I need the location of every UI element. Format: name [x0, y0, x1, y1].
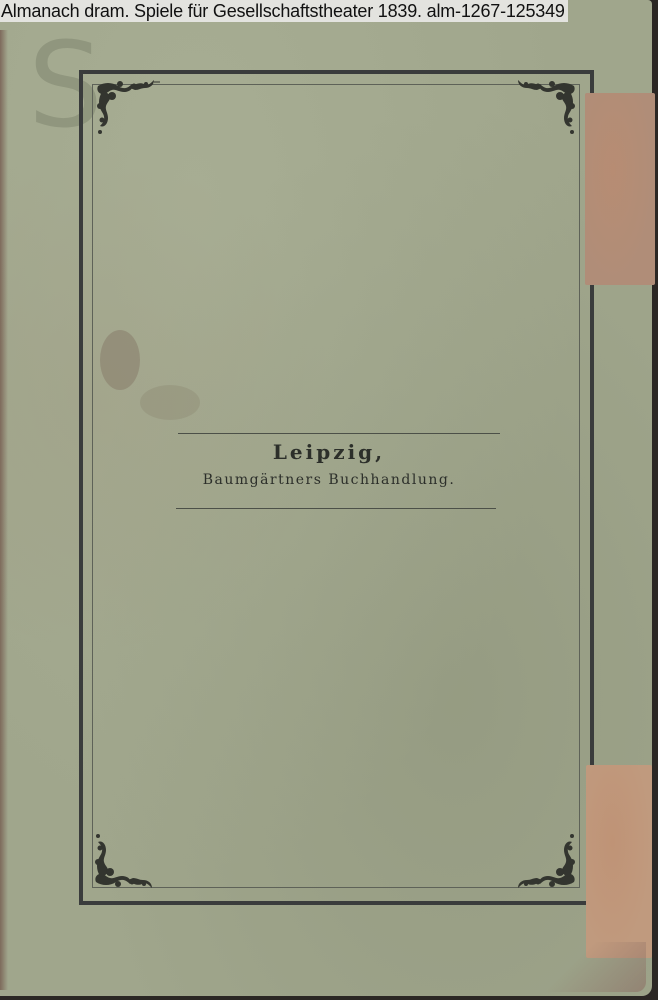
book-cover: S [0, 0, 652, 996]
tape-patch-bottom [586, 765, 652, 958]
corner-ornament-icon [512, 78, 578, 140]
worn-corner [526, 942, 646, 992]
corner-ornament-icon [92, 828, 158, 890]
corner-ornament-icon [512, 828, 578, 890]
image-caption: Almanach dram. Spiele für Gesellschaftst… [0, 0, 568, 22]
imprint-city: Leipzig, [0, 440, 658, 464]
tape-patch-top [585, 93, 655, 285]
divider-rule-bottom [176, 508, 496, 509]
divider-rule-top [178, 433, 500, 434]
corner-ornament-icon [94, 78, 160, 140]
imprint-publisher: Baumgärtners Buchhandlung. [0, 472, 658, 488]
worn-left-edge [0, 30, 8, 990]
